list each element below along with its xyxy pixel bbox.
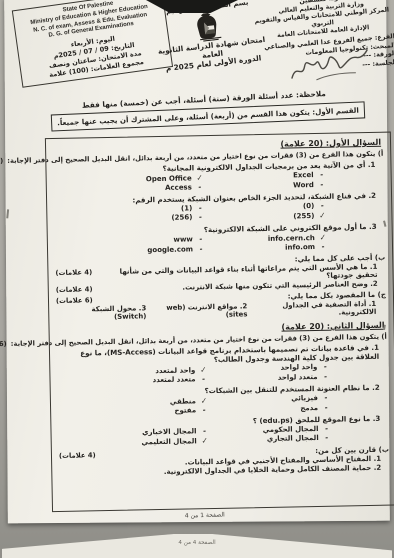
definition-term: 1. أداة التصفية في الجداول الالكترونية. <box>247 300 376 318</box>
option-label: واحد لواحد <box>280 363 317 372</box>
option-dash: - <box>196 213 204 221</box>
mcq-option: -google.com <box>83 245 205 255</box>
mcq-option: -info.om <box>205 243 327 253</box>
option-dash: - <box>196 204 204 212</box>
marks-label: (6 علامات) <box>0 157 3 166</box>
questions-box: السؤال الأول: (20 علامة)أ) يتكون هذا الف… <box>45 132 394 513</box>
option-label: مفتوح <box>174 406 196 414</box>
mcq-options: -واحد لواحد✓واحد لمتعدد-متعدد لواحد-متعد… <box>85 363 329 386</box>
answer-checkmark: ✓ <box>195 172 203 183</box>
option-dash: - <box>318 171 326 179</box>
mcq-options: ✓info.cern.ch-www-info.om-google.com <box>83 233 327 256</box>
mcq-option: -(256) <box>82 213 204 224</box>
option-label: (1) <box>181 204 192 212</box>
answer-checkmark: ✓ <box>200 395 208 406</box>
option-label: المجال التجاري <box>267 434 319 443</box>
mcq-options: -Excel✓Open Office-Word-Access <box>82 171 326 194</box>
option-label: info.cern.ch <box>268 234 315 243</box>
option-label: المجال الاخباري <box>142 427 197 436</box>
mcq-option: -مفتوح <box>86 406 208 416</box>
part-b-label: ب) قارن بين كل من: <box>315 445 389 455</box>
part-c-label: ج) ما المقصود بكل مما يلي: <box>288 290 386 301</box>
option-dash: - <box>321 363 329 371</box>
exam-page-4-edge: الصفحة 4 من 4 <box>2 534 392 558</box>
question-block: السؤال الأول: (20 علامة)أ) يتكون هذا الف… <box>53 138 386 322</box>
option-label: Open Office <box>146 174 192 183</box>
marks-label: (4 علامات) <box>56 285 93 294</box>
option-dash: - <box>318 181 326 189</box>
question-block: السؤال الثاني: (20 علامة)أ) يتكون هذا ال… <box>57 321 390 478</box>
option-dash: - <box>322 425 330 433</box>
exam-page-1: State Of PalestineMinistry of Education … <box>4 0 390 523</box>
option-label: فيزيائي <box>291 394 318 403</box>
option-dash: - <box>318 202 326 210</box>
option-dash: - <box>199 375 207 383</box>
mcq-option: -Access <box>82 183 204 193</box>
option-label: متعدد لمتعدد <box>152 375 195 384</box>
mcq-option: -متعدد لمتعدد <box>85 375 207 385</box>
option-dash: - <box>197 245 205 253</box>
option-dash: - <box>321 373 329 381</box>
marks-label: (6 علامات) <box>56 296 93 305</box>
answer-checkmark: ✓ <box>201 435 209 446</box>
mcq-question: 1. في قاعدة بيانات تم تصميمها باستخدام ب… <box>57 343 379 367</box>
option-dash: - <box>196 183 204 191</box>
mcq-options: -فيزيائي✓منطقي-مدمج-مفتوح <box>86 394 330 417</box>
option-label: منطقي <box>170 397 196 406</box>
option-label: www <box>173 235 193 243</box>
mcq-options: -(0)-(1)✓(255)-(256) <box>82 202 326 225</box>
option-dash: - <box>200 427 208 435</box>
mcq-option: ✓المجال التعليمي <box>87 436 209 447</box>
mcq-option: -مدمج <box>208 404 330 414</box>
definition-term: 3. محول الشبكة (Switch) <box>60 304 146 322</box>
option-label: Word <box>293 181 314 189</box>
option-label: info.om <box>285 243 315 252</box>
option-dash: - <box>200 406 208 414</box>
option-label: مدمج <box>300 404 318 412</box>
part-b-label: ب) أجب على كل مما يلي: <box>295 253 386 264</box>
answer-checkmark: ✓ <box>319 232 327 243</box>
scan-artifact <box>6 209 9 218</box>
header-left-box: State Of PalestineMinistry of Education … <box>12 0 173 88</box>
mcq-option: ✓(255) <box>204 211 326 222</box>
option-dash: - <box>323 434 331 442</box>
option-label: Access <box>165 183 192 192</box>
option-dash: - <box>319 243 327 251</box>
mcq-option: -المجال التجاري <box>209 434 331 445</box>
marks-label: (4 علامات) <box>55 268 92 277</box>
option-label: google.com <box>147 245 193 254</box>
option-label: (0) <box>303 202 314 210</box>
next-page-number-footer: الصفحة 4 من 4 <box>2 540 392 546</box>
option-label: Excel <box>293 171 314 179</box>
option-dash: - <box>197 235 205 243</box>
definition-term: 2. مواقع الانترنت (web sites) <box>146 302 247 320</box>
marks-label: (4 علامات) <box>59 451 96 460</box>
option-label: المجال التعليمي <box>141 437 196 446</box>
answer-checkmark: ✓ <box>318 210 326 221</box>
scanned-exam-sheet: State Of PalestineMinistry of Education … <box>0 0 394 558</box>
answer-checkmark: ✓ <box>199 364 207 375</box>
option-dash: - <box>322 404 330 412</box>
mcq-options: -المجال الحكومي-المجال الاخباري-المجال ا… <box>86 425 330 448</box>
mcq-option: -متعدد لواحد <box>207 373 329 383</box>
option-dash: - <box>322 394 330 402</box>
mcq-option: -Word <box>204 181 326 191</box>
palestine-eagle-emblem <box>192 10 227 42</box>
option-label: المجال الحكومي <box>263 425 319 434</box>
questions-root: السؤال الأول: (20 علامة)أ) يتكون هذا الف… <box>53 138 389 478</box>
option-label: واحد لمتعدد <box>155 366 195 375</box>
option-label: (255) <box>293 212 314 220</box>
option-label: متعدد لواحد <box>278 373 318 382</box>
option-label: (256) <box>171 213 192 221</box>
marks-label: (6 علامات) <box>0 340 7 349</box>
